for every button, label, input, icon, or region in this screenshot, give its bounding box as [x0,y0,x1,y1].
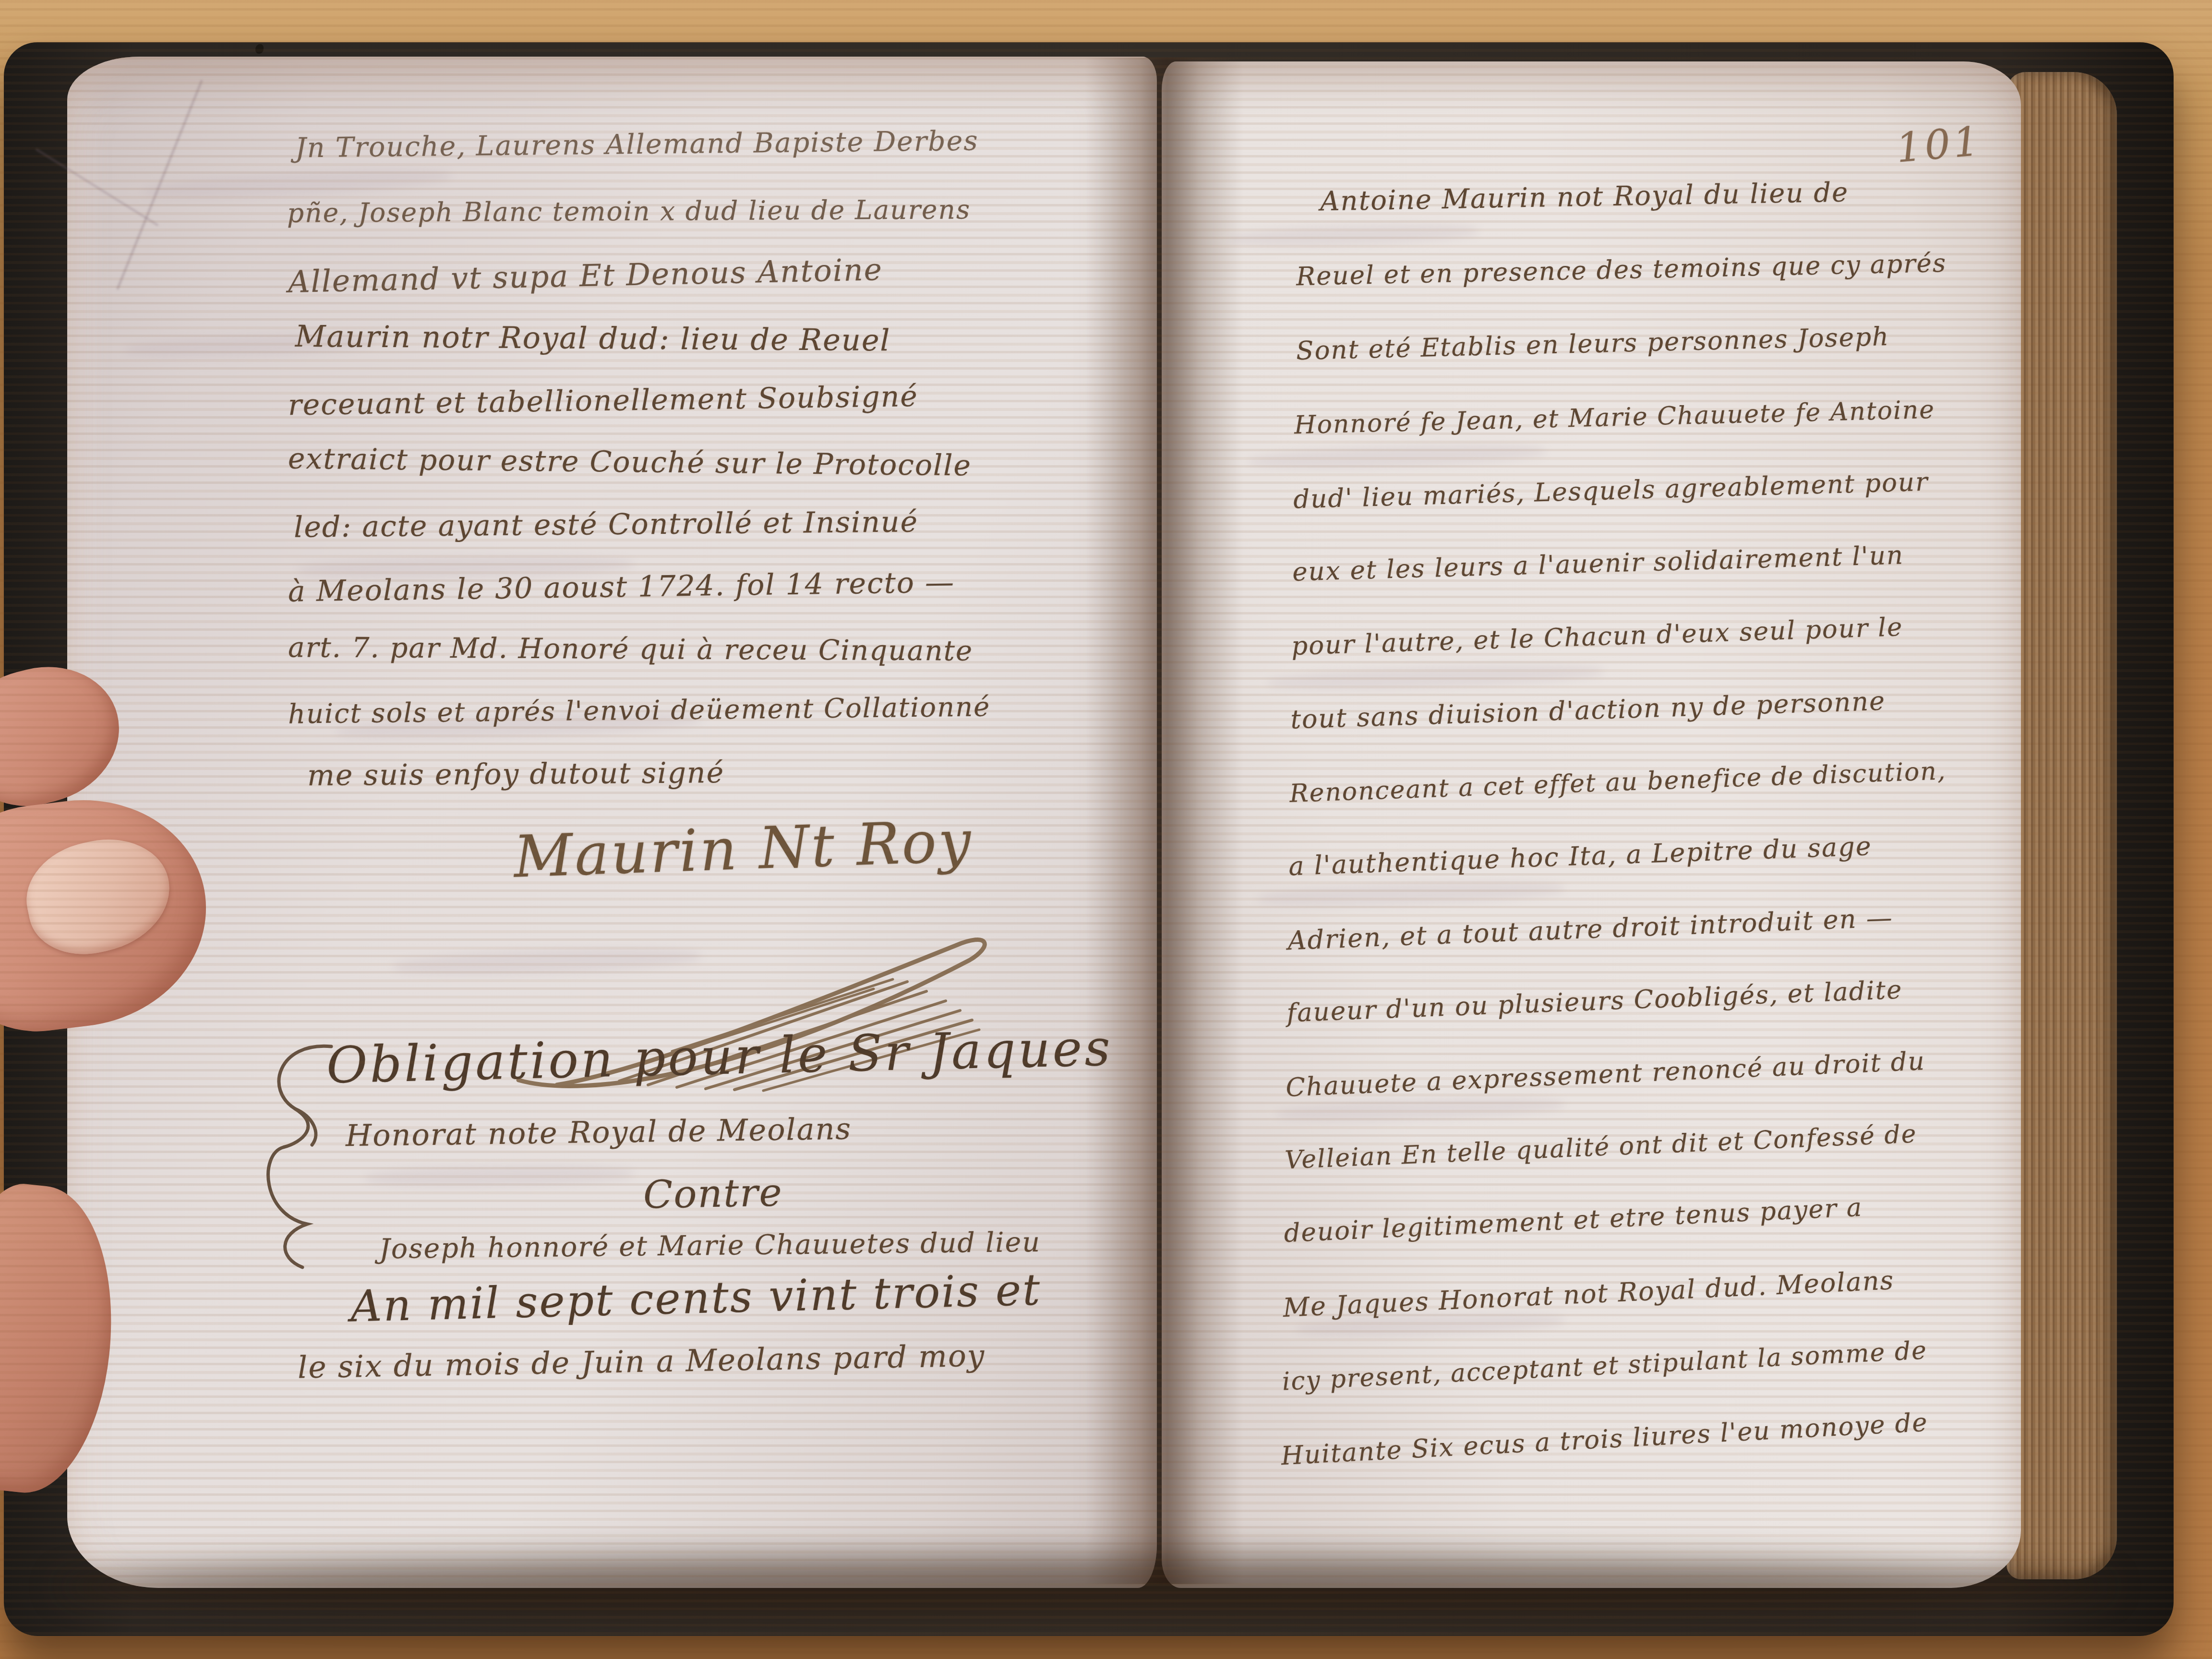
book-gutter-shadow [1085,58,1243,1584]
manuscript-line: art. 7. par Md. Honoré qui à receu Cinqu… [288,631,974,667]
photo-of-open-manuscript: Jn Trouche, Laurens Allemand Bapiste Der… [0,0,2212,1659]
section-title-line2: Honorat note Royal de Meolans [346,1111,852,1154]
manuscript-line: led: acte ayant esté Controllé et Insinu… [294,505,919,544]
section-versus: Contre [643,1170,783,1217]
manuscript-line: me suis enfoy dutout signé [307,756,725,793]
manuscript-line: extraict pour estre Couché sur le Protoc… [288,442,972,483]
manuscript-line: pñe, Joseph Blanc temoin x dud lieu de L… [287,194,971,228]
manuscript-line: Maurin notr Royal dud: lieu de Reuel [295,319,891,358]
book-bottom-shadow [58,1555,2112,1618]
page-number: 101 [1894,117,1984,171]
page-fore-edge [2007,72,2117,1579]
